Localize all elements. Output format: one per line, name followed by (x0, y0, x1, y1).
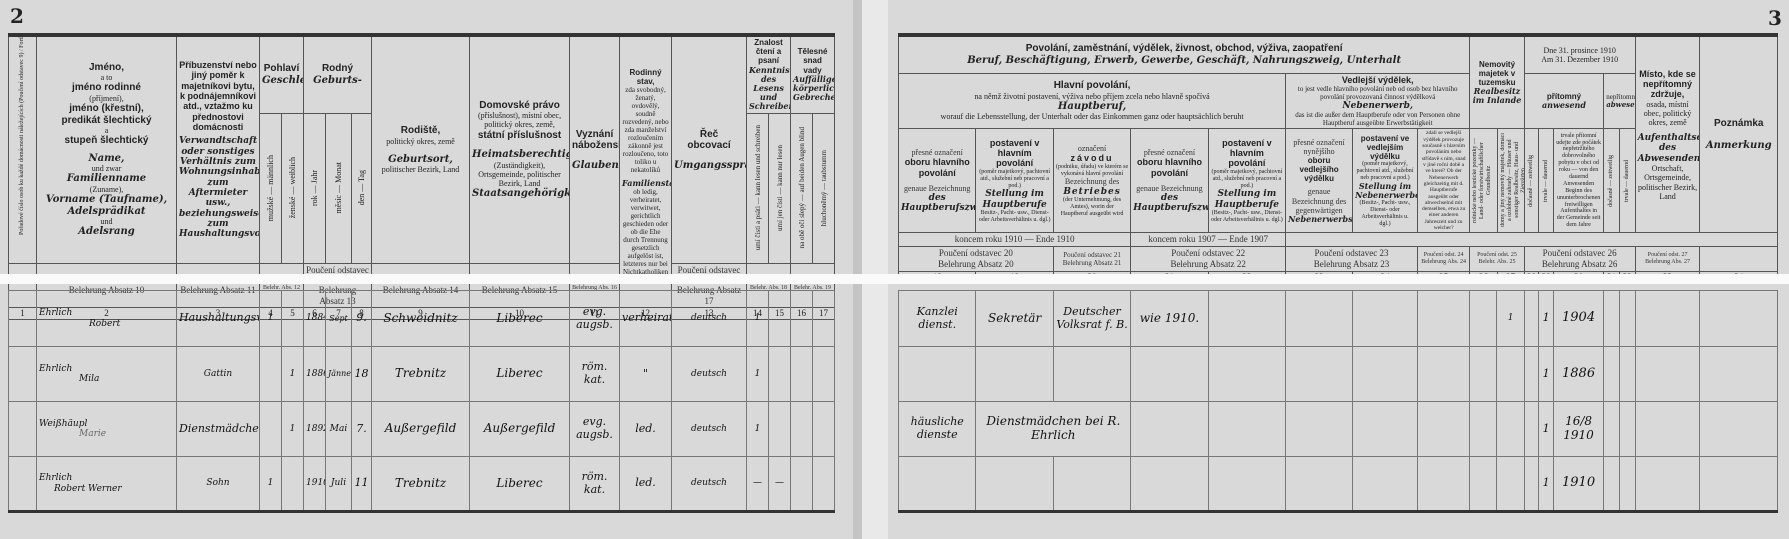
c24-cell (1353, 291, 1418, 347)
religion-cell: röm. kat. (570, 347, 620, 402)
blind-cell (791, 347, 813, 402)
c25-cell (1417, 291, 1469, 347)
birthplace-cell: Außergefild (372, 402, 470, 457)
c32-cell (1619, 402, 1635, 457)
read-write-cell: 1 (747, 347, 769, 402)
c25-cell (1417, 402, 1469, 457)
deaf-subheader: hluchoněmý — taubstumm (813, 113, 835, 263)
c21-cell (1131, 347, 1208, 402)
c18-cell: Kanzlei dienst. (899, 291, 976, 347)
c28-header: dočasně — zeitweilig (1524, 129, 1539, 233)
c20-cell (1053, 347, 1130, 402)
birthplace-cell: Trebnitz (372, 457, 470, 512)
c30-cell: 1910 (1553, 457, 1603, 512)
female-cell: 1 (282, 347, 304, 402)
read-only-cell (769, 291, 791, 347)
end-1910-label: koncem roku 1910 — Ende 1910 (899, 233, 1131, 246)
read-only-subheader: umí jen čísti — kann nur lesen (769, 113, 791, 263)
male-cell: 1 (260, 291, 282, 347)
language-cell: deutsch (672, 457, 747, 512)
c31-cell (1604, 402, 1620, 457)
c22-cell (1208, 291, 1285, 347)
relation-cell: Haushaltungsvorstand (177, 291, 260, 347)
month-subheader: měsíc — Monat (326, 113, 352, 263)
read-only-cell: — (769, 457, 791, 512)
c30-cell: 1886 (1553, 347, 1603, 402)
row-number (9, 291, 37, 347)
occupation-row: 1 1886 (899, 347, 1778, 402)
c29-cell: 1 (1539, 291, 1554, 347)
read-only-cell (769, 402, 791, 457)
religion-cell: evg. augsb. (570, 402, 620, 457)
read-write-cell: 1 (747, 402, 769, 457)
c21-cell (1131, 402, 1208, 457)
language-header: Řečobcovací Umgangssprache (672, 35, 747, 263)
c23-cell (1286, 457, 1353, 512)
c28-cell (1524, 291, 1539, 347)
remark-header: Poznámka Anmerkung (1700, 35, 1778, 233)
read-write-cell: 1 (747, 291, 769, 347)
c33-cell (1635, 291, 1700, 347)
c19-header: postavení v hlavním povolání(poměr majet… (976, 129, 1053, 233)
c20-header: označenízávodu(podniku, úřadu) ve kterém… (1053, 129, 1130, 233)
blind-cell (791, 402, 813, 457)
birth-year-cell: 1886 (304, 347, 326, 402)
birth-month-cell: Juli (326, 457, 352, 512)
religion-cell: evg. augsb. (570, 291, 620, 347)
c27-cell: 1 (1497, 291, 1524, 347)
side-occupation-header: Vedlejší výdělek,to jest vedle hlavního … (1286, 73, 1470, 129)
c22-cell (1208, 402, 1285, 457)
c22-cell (1208, 347, 1285, 402)
domicile-cell: Liberec (470, 347, 570, 402)
page-number-right: 3 (1768, 6, 1782, 30)
c23-cell (1286, 402, 1353, 457)
occupation-title: Povolání, zaměstnání, výdělek, živnost, … (899, 35, 1470, 73)
birthplace-header: Rodiště,politický okres, země Geburtsort… (372, 35, 470, 263)
c18-header: přesné označeníoboru hlavního povoláníge… (899, 129, 976, 233)
right-data-table: Kanzlei dienst. Sekretär Deutscher Volks… (898, 290, 1778, 513)
c29-cell: 1 (1539, 457, 1554, 512)
c31-cell (1604, 291, 1620, 347)
male-subheader: mužské — männlich (260, 113, 282, 263)
relation-cell: Sohn (177, 457, 260, 512)
deaf-cell (813, 291, 835, 347)
birth-month-cell: Mai (326, 402, 352, 457)
male-cell (260, 347, 282, 402)
birth-day-cell: 7. (352, 402, 372, 457)
female-cell: 1 (282, 402, 304, 457)
birth-day-cell: 9. (352, 291, 372, 347)
occupation-row: häusliche dienste Dienstmädchen bei R. E… (899, 402, 1778, 457)
c32-cell (1619, 347, 1635, 402)
c29-header: trvale — dauernd (1539, 129, 1554, 233)
c18-cell (899, 347, 976, 402)
birth-year-cell: 1910 (304, 457, 326, 512)
person-row: EhrlichRobert Werner Sohn 1 1910 Juli 11… (9, 457, 835, 512)
blind-cell (791, 291, 813, 347)
c33-cell (1635, 347, 1700, 402)
c32-cell (1619, 457, 1635, 512)
c21-cell: wie 1910. (1131, 291, 1208, 347)
deaf-cell (813, 457, 835, 512)
defects-header: Tělesné snad vadyAuffällige körperliche … (791, 35, 835, 113)
absent-place-header: Místo, kde se nepřítomný zdržuje, osada,… (1635, 35, 1700, 233)
c27-cell (1497, 457, 1524, 512)
marital-cell: " (620, 347, 672, 402)
day-subheader: den — Tag (352, 113, 372, 263)
page-number-left: 2 (10, 4, 24, 28)
c22-header: postavení v hlavním povolání(poměr majet… (1208, 129, 1285, 233)
c19-cell (976, 347, 1053, 402)
birthplace-cell: Trebnitz (372, 347, 470, 402)
marital-cell: led. (620, 402, 672, 457)
c30-cell: 1904 (1553, 291, 1603, 347)
birthplace-cell: Schweidnitz (372, 291, 470, 347)
p24-pouceni: Poučení odst. 24Belehrung Abs. 24 (1417, 246, 1469, 271)
read-write-subheader: umí čísti a psáti — kann lesen und schre… (747, 113, 769, 263)
c25-header: zdali se vedlejší výdělek provozuje souč… (1417, 129, 1469, 233)
c20-cell (1053, 457, 1130, 512)
male-cell (260, 402, 282, 457)
presence-date-header: Dne 31. prosince 1910Am 31. Dezember 191… (1524, 35, 1635, 73)
c25-cell (1417, 457, 1469, 512)
birth-year-cell: 1884 (304, 291, 326, 347)
c27-cell (1497, 402, 1524, 457)
end-1907-label: koncem roku 1907 — Ende 1907 (1131, 233, 1286, 246)
language-cell: deutsch (672, 402, 747, 457)
c31-cell (1604, 347, 1620, 402)
scan-separator (0, 274, 1789, 284)
occupation-row: Kanzlei dienst. Sekretär Deutscher Volks… (899, 291, 1778, 347)
c32-header: trvale — dauernd (1619, 129, 1635, 233)
deaf-cell (813, 347, 835, 402)
person-name: EhrlichRobert (37, 291, 177, 347)
person-name: EhrlichMila (37, 347, 177, 402)
c29-cell: 1 (1539, 347, 1554, 402)
c18-cell (899, 457, 976, 512)
c33-cell (1635, 402, 1700, 457)
c26-cell (1470, 291, 1497, 347)
blind-subheader: na obě oči slepý — auf beiden Augen blin… (791, 113, 813, 263)
c24-cell (1353, 347, 1418, 402)
person-name: EhrlichRobert Werner (37, 457, 177, 512)
c28-cell (1524, 457, 1539, 512)
relation-header: Příbuzenství nebo jiný poměr k majetníko… (177, 35, 260, 263)
p21-pouceni: Poučení odstavec 21Belehrung Absatz 21 (1053, 246, 1130, 271)
marital-header: Rodinný stav,zda svobodný, ženatý, ovdov… (620, 35, 672, 307)
c26-cell (1470, 402, 1497, 457)
c34-cell (1700, 347, 1778, 402)
c20-cell: Deutscher Volksrat f. B. (1053, 291, 1130, 347)
read-only-cell (769, 347, 791, 402)
person-row: WeißhäuplMarie Dienstmädchen 1 1892 Mai … (9, 402, 835, 457)
p22-pouceni: Poučení odstavec 22Belehrung Absatz 22 (1131, 246, 1286, 271)
c21-header: přesné označeníoboru hlavního povoláníge… (1131, 129, 1208, 233)
c30-header: trvale přítomní udejte zde počátek nepře… (1554, 129, 1604, 233)
marital-cell: led. (620, 457, 672, 512)
c32-cell (1619, 291, 1635, 347)
blind-cell (791, 457, 813, 512)
female-cell (282, 457, 304, 512)
sex-header: PohlavíGeschlecht (260, 35, 304, 113)
female-subheader: ženské — weiblich (282, 113, 304, 263)
birth-header: RodnýGeburts- (304, 35, 372, 113)
c19-cell (976, 457, 1053, 512)
col1-header: Pořadové číslo osob ku každé domácnosti … (9, 35, 37, 263)
domicile-cell: Außergefild (470, 402, 570, 457)
row-number (9, 402, 37, 457)
c19-cell: Dienstmädchen bei R. Ehrlich (976, 402, 1131, 457)
c25-cell (1417, 347, 1469, 402)
p26-pouceni: Poučení odstavec 26Belehrung Absatz 26 (1524, 246, 1635, 271)
male-cell: 1 (260, 457, 282, 512)
main-occupation-header: Hlavní povolání,na němž životní postaven… (899, 73, 1286, 129)
c24-cell (1353, 457, 1418, 512)
read-write-cell: — (747, 457, 769, 512)
domicile-cell: Liberec (470, 457, 570, 512)
year-subheader: rok — Jahr (304, 113, 326, 263)
page-gutter (862, 0, 888, 539)
right-header-table: Povolání, zaměstnání, výdělek, živnost, … (898, 33, 1778, 284)
c34-cell (1700, 402, 1778, 457)
left-data-table: EhrlichRobert Haushaltungsvorstand 1 188… (8, 290, 835, 513)
c28-cell (1524, 402, 1539, 457)
domicile-cell: Liberec (470, 291, 570, 347)
birth-day-cell: 11 (352, 457, 372, 512)
p23-pouceni: Poučení odstavec 23Belehrung Absatz 23 (1286, 246, 1418, 271)
c34-cell (1700, 291, 1778, 347)
property-header: Nemovitý majetek v tuzemsku Realbesitz i… (1470, 35, 1524, 129)
p20-pouceni: Poučení odstavec 20Belehrung Absatz 20 (899, 246, 1054, 271)
c28-cell (1524, 347, 1539, 402)
c29-cell: 1 (1539, 402, 1554, 457)
relation-cell: Dienstmädchen (177, 402, 260, 457)
person-name: WeißhäuplMarie (37, 402, 177, 457)
c27-cell (1497, 347, 1524, 402)
c34-cell (1700, 457, 1778, 512)
c26-header: rolnické nebo lesnické pozemky — Land- o… (1470, 129, 1497, 233)
c19-cell: Sekretär (976, 291, 1053, 347)
person-row: EhrlichMila Gattin 1 1886 Jänner 18 Treb… (9, 347, 835, 402)
present-header: přítomnýanwesend (1524, 73, 1604, 129)
female-cell (282, 291, 304, 347)
p25-pouceni: Poučení odst. 25Belehr. Abs. 25 (1470, 246, 1524, 271)
c33-cell (1635, 457, 1700, 512)
c23-cell (1286, 347, 1353, 402)
c23-header: přesné označení nynějšíhooboru vedlejšíh… (1286, 129, 1353, 233)
religion-cell: röm. kat. (570, 457, 620, 512)
person-row: EhrlichRobert Haushaltungsvorstand 1 188… (9, 291, 835, 347)
remark-pouceni (1700, 246, 1778, 271)
c24-header: postavení ve vedlejším výdělku(poměr maj… (1353, 129, 1418, 233)
relation-cell: Gattin (177, 347, 260, 402)
blank (1286, 233, 1778, 246)
p27-pouceni: Poučení odst. 27Belehrung Abs. 27 (1635, 246, 1700, 271)
absent-header: nepřítomnýabwesend (1604, 73, 1635, 129)
birth-month-cell: Jänner (326, 347, 352, 402)
occupation-row: 1 1910 (899, 457, 1778, 512)
page-gutter-shadow (853, 0, 862, 539)
row-number (9, 457, 37, 512)
birth-month-cell: Sept (326, 291, 352, 347)
c26-cell (1470, 347, 1497, 402)
c18-cell: häusliche dienste (899, 402, 976, 457)
literacy-header: Znalost čtení a psaníKenntnis des Lesens… (747, 35, 791, 113)
domicile-header: Domovské právo(příslušnost), místní obec… (470, 35, 570, 263)
c24-cell (1353, 402, 1418, 457)
birth-day-cell: 18 (352, 347, 372, 402)
marital-cell: verheiratet (620, 291, 672, 347)
c30-cell: 16/8 1910 (1553, 402, 1603, 457)
c27-header: domy a jiný nemovitý majetek, domácí a o… (1497, 129, 1524, 233)
religion-header: Vyznání náboženskéGlaubensbekenntnis (570, 35, 620, 263)
language-cell: deutsch (672, 291, 747, 347)
deaf-cell (813, 402, 835, 457)
c23-cell (1286, 291, 1353, 347)
birth-year-cell: 1892 (304, 402, 326, 457)
language-cell: deutsch (672, 347, 747, 402)
name-header: Jméno, a to jméno rodinné (příjmení), jm… (37, 35, 177, 263)
c26-cell (1470, 457, 1497, 512)
c22-cell (1208, 457, 1285, 512)
row-number (9, 347, 37, 402)
c31-header: dočasně — zeitweilig (1604, 129, 1620, 233)
c31-cell (1604, 457, 1620, 512)
c21-cell (1131, 457, 1208, 512)
